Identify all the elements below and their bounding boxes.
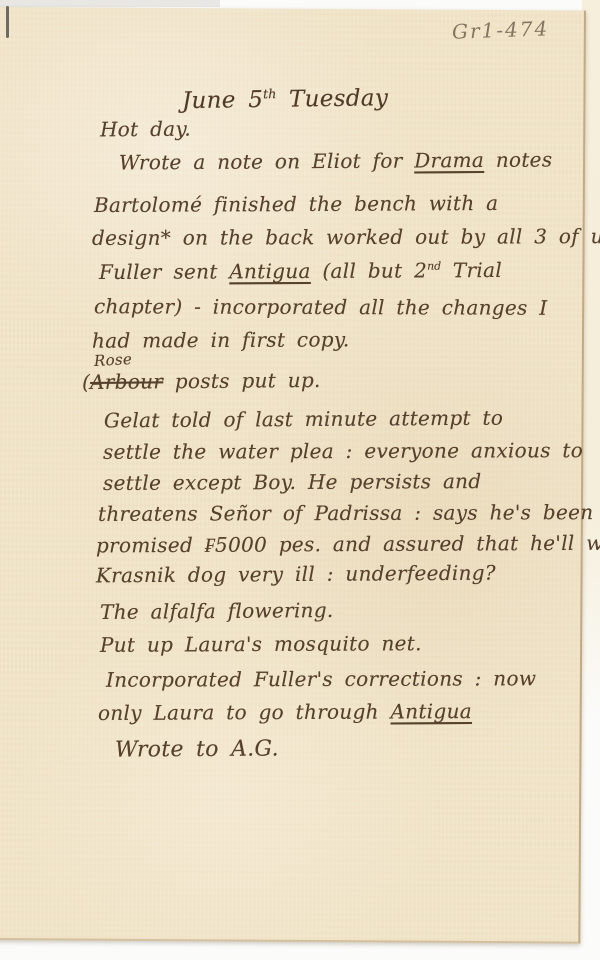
date-text: June 5 — [182, 87, 264, 114]
corrections-text: only Laura to go through — [98, 699, 391, 725]
diary-line-chapter: chapter) - incorporated all the changes … — [94, 294, 548, 320]
diary-line-fuller: Fuller sent Antigua (all but 2nd Trial — [99, 258, 502, 284]
arbour-struck-word: Arbour — [90, 369, 163, 394]
diary-line-arbour: (Arbour posts put up. — [82, 368, 321, 394]
fuller-text: Fuller sent — [99, 259, 229, 284]
eliot-text: Wrote a note on Eliot for — [119, 148, 414, 174]
diary-line-hot-day: Hot day. — [100, 117, 191, 142]
eliot-underlined-word: Drama — [414, 148, 484, 172]
scanned-page: Gr1-474 June 5th Tuesday Hot day. Wrote … — [0, 0, 600, 960]
entry-date-heading: June 5th Tuesday — [182, 85, 389, 115]
diary-line-corrections-2: only Laura to go through Antigua — [98, 699, 472, 725]
diary-line-gelat-5: promised ₣5000 pes. and assured that he'… — [96, 531, 600, 559]
diary-line-corrections-1: Incorporated Fuller's corrections : now — [106, 666, 536, 692]
fuller-tail: Trial — [441, 258, 502, 282]
diary-line-gelat-1: Gelat told of last minute attempt to — [104, 406, 503, 433]
scanner-shadow — [0, 0, 220, 7]
diary-line-gelat-2: settle the water plea : everyone anxious… — [103, 438, 583, 464]
date-weekday: Tuesday — [276, 85, 388, 113]
fuller-ordinal: nd — [427, 260, 441, 273]
diary-line-krasnik: Krasnik dog very ill : underfeeding? — [96, 561, 496, 588]
archival-reference: Gr1-474 — [452, 16, 550, 43]
diary-line-first-copy: had made in first copy. — [92, 327, 350, 352]
paper-edge-mark — [6, 6, 9, 38]
diary-line-bench-2: design* on the back worked out by all 3 … — [92, 224, 600, 250]
diary-line-gelat-4: threatens Señor of Padrissa : says he's … — [98, 500, 594, 526]
corrections-underlined-word: Antigua — [390, 699, 472, 723]
diary-line-wrote-ag: Wrote to A.G. — [115, 736, 279, 762]
diary-line-alfalfa: The alfalfa flowering. — [100, 598, 334, 624]
arbour-tail: posts put up. — [163, 368, 321, 393]
diary-line-mosquito: Put up Laura's mosquito net. — [100, 631, 422, 657]
date-ordinal: th — [263, 86, 276, 101]
eliot-tail: notes — [484, 147, 552, 171]
diary-line-bench-1: Bartolomé finished the bench with a — [94, 191, 498, 217]
fuller-underlined-word: Antigua — [229, 259, 311, 283]
diary-insertion-rose: Rose — [94, 350, 133, 370]
fuller-mid: (all but 2 — [311, 258, 427, 283]
diary-line-gelat-3: settle except Boy. He persists and — [103, 469, 482, 495]
diary-line-eliot: Wrote a note on Eliot for Drama notes — [119, 147, 553, 174]
